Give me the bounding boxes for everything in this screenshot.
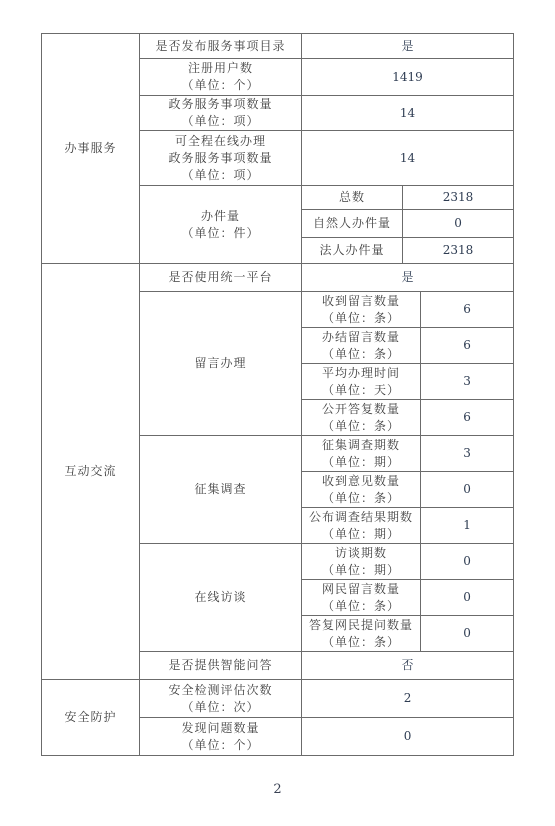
category-cell-services: 办事服务 [42, 34, 140, 264]
sub-unit-text: （单位：天） [302, 382, 420, 399]
sub-unit-text: （单位：期） [302, 454, 420, 471]
sub-label: 办结留言数量 （单位：条） [302, 328, 421, 364]
sub-unit-text: （单位：期） [302, 526, 420, 543]
row-value: 否 [302, 652, 514, 680]
sub-label: 公布调查结果期数 （单位：期） [302, 508, 421, 544]
sub-value: 0 [421, 580, 514, 616]
row-value: 是 [302, 34, 514, 59]
sub-value: 3 [421, 364, 514, 400]
row-value: 0 [302, 718, 514, 756]
row-label: 政务服务事项数量 （单位：项） [140, 96, 302, 131]
row-label-text: 政务服务事项数量 [140, 96, 301, 113]
row-unit-text: （单位：项） [140, 167, 301, 184]
row-unit-text: （单位：个） [140, 77, 301, 94]
sub-label-text: 公布调查结果期数 [302, 509, 420, 526]
sub-label-text: 收到留言数量 [302, 293, 420, 310]
sub-unit-text: （单位：条） [302, 490, 420, 507]
sub-label: 总数 [302, 186, 403, 210]
sub-value: 1 [421, 508, 514, 544]
sub-label: 公开答复数量 （单位：条） [302, 400, 421, 436]
row-unit-text: （单位：次） [140, 699, 301, 716]
sub-value: 6 [421, 400, 514, 436]
sub-value: 3 [421, 436, 514, 472]
row-label: 办件量 （单位：件） [140, 186, 302, 264]
row-value: 1419 [302, 59, 514, 96]
row-label: 留言办理 [140, 292, 302, 436]
row-label-text2: 政务服务事项数量 [140, 150, 301, 167]
row-value: 14 [302, 131, 514, 186]
sub-label-text: 收到意见数量 [302, 473, 420, 490]
row-label-text: 办件量 [140, 208, 301, 225]
row-label: 是否使用统一平台 [140, 264, 302, 292]
sub-value: 0 [421, 472, 514, 508]
sub-label-text: 征集调查期数 [302, 437, 420, 454]
sub-value: 0 [403, 210, 514, 238]
row-label: 发现问题数量 （单位：个） [140, 718, 302, 756]
row-label: 在线访谈 [140, 544, 302, 652]
sub-label: 收到留言数量 （单位：条） [302, 292, 421, 328]
sub-label: 答复网民提问数量 （单位：条） [302, 616, 421, 652]
row-label-text: 注册用户数 [140, 60, 301, 77]
sub-unit-text: （单位：条） [302, 310, 420, 327]
sub-label: 访谈期数 （单位：期） [302, 544, 421, 580]
sub-label-text: 公开答复数量 [302, 401, 420, 418]
sub-unit-text: （单位：条） [302, 598, 420, 615]
sub-label-text: 答复网民提问数量 [302, 617, 420, 634]
sub-unit-text: （单位：期） [302, 562, 420, 579]
sub-value: 0 [421, 544, 514, 580]
gov-service-report-table: 办事服务 是否发布服务事项目录 是 注册用户数 （单位：个） 1419 政务服务… [41, 33, 514, 756]
sub-label-text: 网民留言数量 [302, 581, 420, 598]
row-unit-text: （单位：件） [140, 225, 301, 242]
sub-label-text: 办结留言数量 [302, 329, 420, 346]
sub-label: 法人办件量 [302, 238, 403, 264]
category-cell-interaction: 互动交流 [42, 264, 140, 680]
sub-value: 2318 [403, 186, 514, 210]
row-label: 安全检测评估次数 （单位：次） [140, 680, 302, 718]
row-label: 是否发布服务事项目录 [140, 34, 302, 59]
sub-value: 6 [421, 292, 514, 328]
sub-unit-text: （单位：条） [302, 418, 420, 435]
row-label-text: 发现问题数量 [140, 720, 301, 737]
row-unit-text: （单位：项） [140, 113, 301, 130]
row-label: 征集调查 [140, 436, 302, 544]
row-value: 2 [302, 680, 514, 718]
page-number: 2 [0, 782, 555, 797]
row-label: 注册用户数 （单位：个） [140, 59, 302, 96]
sub-value: 0 [421, 616, 514, 652]
row-label-text: 安全检测评估次数 [140, 682, 301, 699]
row-unit-text: （单位：个） [140, 737, 301, 754]
sub-value: 2318 [403, 238, 514, 264]
sub-label: 自然人办件量 [302, 210, 403, 238]
sub-value: 6 [421, 328, 514, 364]
sub-label: 收到意见数量 （单位：条） [302, 472, 421, 508]
sub-unit-text: （单位：条） [302, 634, 420, 651]
sub-label: 征集调查期数 （单位：期） [302, 436, 421, 472]
sub-label-text: 访谈期数 [302, 545, 420, 562]
sub-label-text: 平均办理时间 [302, 365, 420, 382]
row-label: 可全程在线办理 政务服务事项数量 （单位：项） [140, 131, 302, 186]
sub-label: 平均办理时间 （单位：天） [302, 364, 421, 400]
row-label-text: 可全程在线办理 [140, 133, 301, 150]
category-cell-security: 安全防护 [42, 680, 140, 756]
row-label: 是否提供智能问答 [140, 652, 302, 680]
row-value: 是 [302, 264, 514, 292]
row-value: 14 [302, 96, 514, 131]
sub-label: 网民留言数量 （单位：条） [302, 580, 421, 616]
sub-unit-text: （单位：条） [302, 346, 420, 363]
